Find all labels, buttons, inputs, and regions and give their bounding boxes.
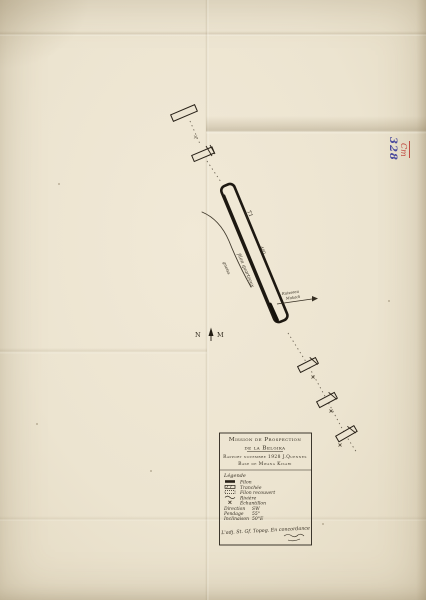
main-trench-outline bbox=[220, 182, 289, 323]
legend-note-label: Inclinaison bbox=[223, 516, 249, 522]
north-arrow: N M bbox=[195, 328, 224, 342]
sample-x-mark bbox=[339, 444, 342, 447]
legend-note-value: 50°E bbox=[252, 516, 264, 522]
legend-item-label: Tranchée bbox=[240, 484, 262, 491]
flow-arrowhead bbox=[312, 296, 318, 302]
svg-text:gneiss: gneiss bbox=[222, 261, 232, 275]
legend-title-line3: Rapport novembre 1928 J.Quennes bbox=[223, 455, 307, 460]
sample-x-mark bbox=[194, 136, 197, 139]
legend-heading: Légende bbox=[223, 472, 246, 479]
survey-dotted-line bbox=[207, 161, 221, 182]
rock-annotation: gneiss bbox=[222, 261, 232, 275]
legend-symbol-filon bbox=[225, 480, 235, 483]
legend-title-line4: Base de Mwana Kisari bbox=[238, 461, 292, 467]
trench-symbol bbox=[171, 105, 198, 122]
legend-symbol-riviere bbox=[225, 496, 235, 499]
legend-item-label: Filon recouvert bbox=[239, 490, 275, 496]
north-letter-n: N bbox=[195, 331, 201, 339]
legend-symbol-echantillon bbox=[228, 501, 231, 504]
survey-dotted-line bbox=[190, 121, 200, 144]
north-letter-m: M bbox=[217, 331, 224, 339]
legend-title-line1: Mission de Prospection bbox=[229, 437, 302, 443]
stream-name-label: Makadi bbox=[284, 294, 301, 301]
trench-symbol bbox=[315, 390, 337, 408]
sample-x-mark bbox=[330, 410, 333, 413]
trench-label-t1: T1 bbox=[244, 209, 254, 222]
signature-scribble bbox=[284, 534, 304, 541]
legend-item-label: Rivière bbox=[239, 494, 257, 501]
legend-item-label: Filon bbox=[239, 480, 252, 486]
trench-symbol bbox=[296, 355, 318, 373]
legend-symbol-filon-recouvert bbox=[225, 491, 235, 494]
scanned-map-sheet: 328 Cm T1 filon quartzeux bbox=[0, 0, 426, 600]
legend-symbol-tranchee bbox=[225, 485, 235, 488]
sample-x-mark bbox=[312, 376, 315, 379]
north-arrow-triangle bbox=[209, 328, 214, 337]
stream-line bbox=[202, 212, 251, 287]
legend-box: Mission de Prospection de la Belgika Rap… bbox=[220, 433, 312, 545]
legend-title-line2: de la Belgika bbox=[245, 446, 286, 452]
map-linework: T1 filon quartzeux 400 gneiss Ruisseau M… bbox=[0, 0, 426, 600]
signature-line: L'adj. St. Gf. Topog. En concordance bbox=[220, 525, 310, 536]
trench-symbol bbox=[334, 423, 357, 442]
